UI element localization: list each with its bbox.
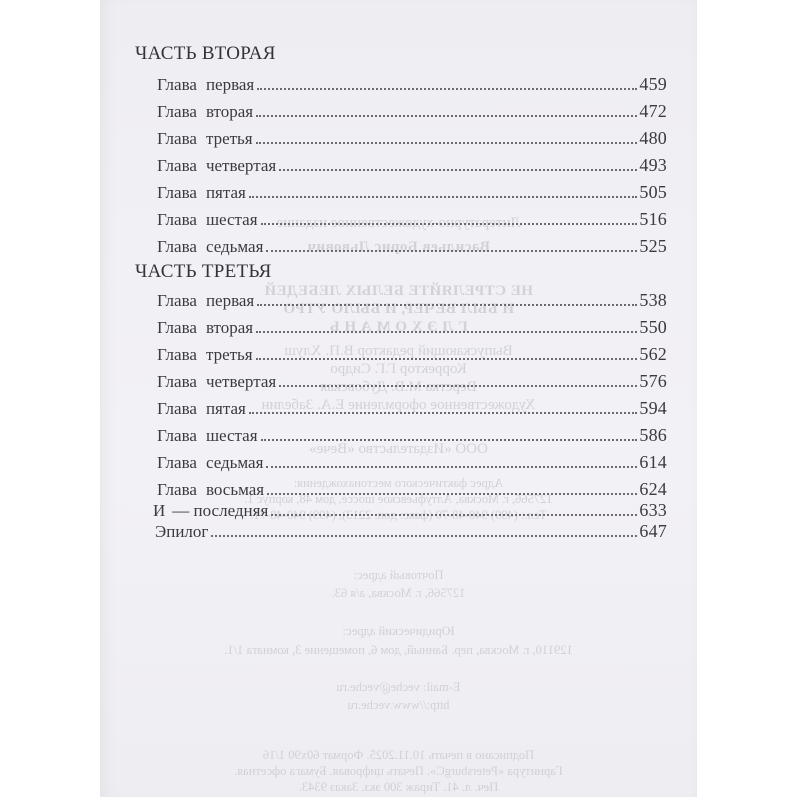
page-number: 576 (637, 370, 667, 392)
dot-leader (261, 223, 638, 225)
entry-name: пятая (206, 399, 246, 418)
entry-name: четвертая (206, 372, 276, 391)
page-number: 647 (637, 520, 667, 542)
entry-label: Эпилог (155, 522, 208, 541)
toc-entry[interactable]: Главаседьмая 614 (157, 451, 667, 473)
toc-entry[interactable]: Главатретья 562 (157, 343, 667, 365)
entry-label: Глава (157, 399, 197, 418)
entry-label: Глава (157, 102, 197, 121)
dot-leader (211, 535, 637, 537)
entry-label: Глава (157, 480, 197, 499)
toc-entry[interactable]: Главашестая 516 (157, 208, 667, 230)
entry-label: Глава (157, 372, 197, 391)
entry-label: Глава (157, 183, 197, 202)
toc-entry[interactable]: Главапервая 459 (157, 73, 667, 95)
toc-entry[interactable]: Глававторая 550 (157, 316, 667, 338)
page-number: 614 (637, 451, 667, 473)
page-number: 493 (637, 154, 667, 176)
entry-label: Глава (157, 426, 197, 445)
page-number: 505 (637, 181, 667, 203)
entry-name: вторая (206, 318, 253, 337)
dot-leader (256, 331, 637, 333)
dot-leader (249, 196, 638, 198)
dot-leader (279, 169, 637, 171)
toc-entry[interactable]: Глававосьмая 624 (157, 478, 667, 500)
entry-name: третья (206, 129, 253, 148)
dot-leader (256, 142, 638, 144)
toc-entry[interactable]: Главатретья 480 (157, 127, 667, 149)
toc-entry[interactable]: Главашестая 586 (157, 424, 667, 446)
page-number: 459 (637, 73, 667, 95)
entry-name: седьмая (206, 237, 263, 256)
entry-name: четвертая (206, 156, 276, 175)
toc-entry[interactable]: Глававторая 472 (157, 100, 667, 122)
page-number: 480 (637, 127, 667, 149)
dot-leader (249, 412, 638, 414)
entry-name: — последняя (172, 501, 268, 520)
entry-label: Глава (157, 318, 197, 337)
dot-leader (256, 358, 638, 360)
toc-entry[interactable]: Главапятая 594 (157, 397, 667, 419)
dot-leader (266, 250, 637, 252)
entry-name: третья (206, 345, 253, 364)
entry-label: И (153, 501, 165, 520)
toc-entry[interactable]: Главапятая 505 (157, 181, 667, 203)
entry-label: Глава (157, 453, 197, 472)
dot-leader (256, 115, 637, 117)
entry-name: пятая (206, 183, 246, 202)
page-number: 516 (637, 208, 667, 230)
page-number: 624 (637, 478, 667, 500)
page-number: 562 (637, 343, 667, 365)
entry-name: седьмая (206, 453, 263, 472)
dot-leader (279, 385, 637, 387)
toc-entry[interactable]: Главачетвертая 493 (157, 154, 667, 176)
book-page: Литературно-художественное издание Васил… (100, 0, 697, 797)
entry-label: Глава (157, 156, 197, 175)
part-heading: ЧАСТЬ ТРЕТЬЯ (135, 261, 272, 283)
toc-entry[interactable]: Главаседьмая 525 (157, 235, 667, 257)
entry-name: первая (206, 75, 254, 94)
entry-label: Глава (157, 75, 197, 94)
dot-leader (261, 439, 638, 441)
dot-leader (257, 304, 637, 306)
page-number: 586 (637, 424, 667, 446)
toc-entry[interactable]: Эпилог 647 (155, 520, 667, 542)
entry-label: Глава (157, 291, 197, 310)
entry-label: Глава (157, 237, 197, 256)
toc-entry[interactable]: Главачетвертая 576 (157, 370, 667, 392)
page-number: 594 (637, 397, 667, 419)
table-of-contents: ЧАСТЬ ВТОРАЯ Главапервая 459 Глававторая… (100, 0, 697, 797)
toc-entry[interactable]: И— последняя 633 (153, 499, 667, 521)
dot-leader (267, 493, 637, 495)
entry-label: Глава (157, 129, 197, 148)
part-heading: ЧАСТЬ ВТОРАЯ (135, 43, 276, 65)
page-number: 472 (637, 100, 667, 122)
page-number: 538 (637, 289, 667, 311)
page-number: 550 (637, 316, 667, 338)
page-number: 633 (637, 499, 667, 521)
entry-name: вторая (206, 102, 253, 121)
toc-entry[interactable]: Главапервая 538 (157, 289, 667, 311)
page-number: 525 (637, 235, 667, 257)
dot-leader (266, 466, 637, 468)
entry-label: Глава (157, 210, 197, 229)
entry-name: первая (206, 291, 254, 310)
entry-name: шестая (206, 426, 258, 445)
entry-label: Глава (157, 345, 197, 364)
dot-leader (271, 514, 637, 516)
entry-name: восьмая (206, 480, 264, 499)
dot-leader (257, 88, 637, 90)
entry-name: шестая (206, 210, 258, 229)
